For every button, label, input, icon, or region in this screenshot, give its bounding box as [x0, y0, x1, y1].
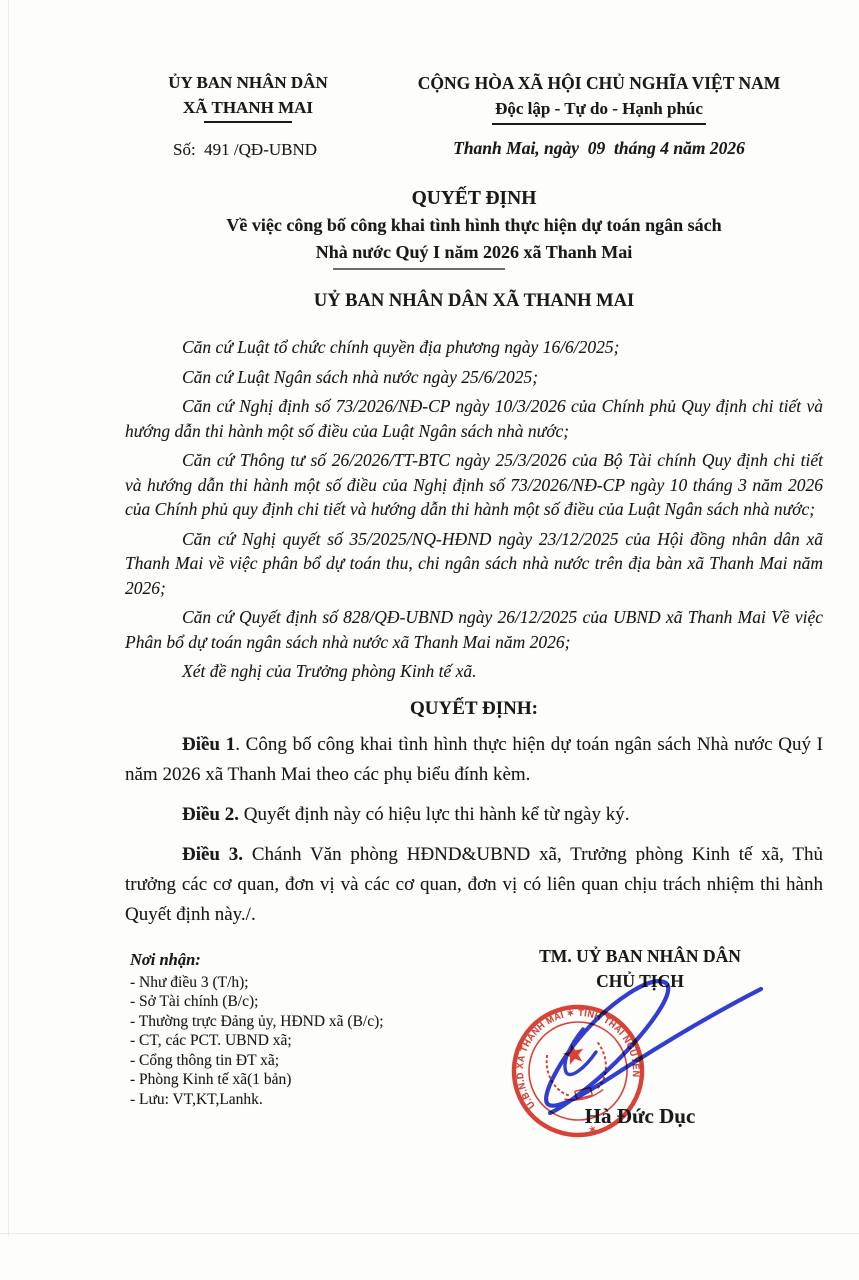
recipient-item: - Phòng Kinh tế xã(1 bản) — [130, 1070, 460, 1090]
preamble-paragraph: Căn cứ Nghị định số 73/2026/NĐ-CP ngày 1… — [125, 394, 823, 443]
signature-scribble — [420, 948, 780, 1123]
preamble-paragraph: Căn cứ Nghị quyết số 35/2025/NQ-HĐND ngà… — [125, 527, 823, 601]
recipients-block: Nơi nhận: - Như điều 3 (T/h); - Sở Tài c… — [130, 950, 460, 1109]
preamble-paragraph: Xét đề nghị của Trưởng phòng Kinh tế xã. — [125, 659, 823, 684]
article-2: Điều 2. Quyết định này có hiệu lực thi h… — [125, 800, 823, 830]
issuer-name-line2: XÃ THANH MAI — [140, 95, 356, 120]
issuer-block: ỦY BAN NHÂN DÂN XÃ THANH MAI — [140, 70, 356, 123]
order-heading: QUYẾT ĐỊNH: — [125, 698, 823, 720]
recipient-item: - Như điều 3 (T/h); — [130, 973, 460, 993]
preamble-paragraph: Căn cứ Luật Ngân sách nhà nước ngày 25/6… — [125, 365, 823, 390]
recipient-item: - Lưu: VT,KT,Lanhk. — [130, 1090, 460, 1110]
recipient-item: - CT, các PCT. UBND xã; — [130, 1031, 460, 1051]
preamble-section: Căn cứ Luật tổ chức chính quyền địa phươ… — [125, 335, 823, 684]
doc-subtitle-2: Nhà nước Quý I năm 2026 xã Thanh Mai — [125, 240, 823, 265]
article-label: Điều 3. — [182, 844, 243, 865]
issuer-name-line1: ỦY BAN NHÂN DÂN — [140, 70, 356, 95]
doc-title: QUYẾT ĐỊNH — [125, 186, 823, 211]
signer-name: Hà Đức Dục — [540, 1104, 740, 1129]
document-body: QUYẾT ĐỊNH Về việc công bố công khai tìn… — [125, 186, 823, 930]
doc-subtitle-1: Về việc công bố công khai tình hình thực… — [125, 213, 823, 238]
article-3: Điều 3. Chánh Văn phòng HĐND&UBND xã, Tr… — [125, 840, 823, 930]
national-motto: Độc lập - Tự do - Hạnh phúc — [492, 96, 706, 125]
issuing-authority: UỶ BAN NHÂN DÂN XÃ THANH MAI — [125, 291, 823, 312]
article-label: Điều 1 — [182, 734, 235, 755]
national-header-block: CỘNG HÒA XÃ HỘI CHỦ NGHĨA VIỆT NAM Độc l… — [398, 70, 800, 125]
title-separator — [333, 268, 505, 270]
issuer-underline — [204, 121, 292, 123]
article-text: Quyết định này có hiệu lực thi hành kể t… — [239, 804, 629, 825]
recipient-item: - Sở Tài chính (B/c); — [130, 992, 460, 1012]
recipient-item: - Cổng thông tin ĐT xã; — [130, 1051, 460, 1071]
recipients-heading: Nơi nhận: — [130, 950, 460, 970]
scan-edge-bottom-line — [0, 1233, 859, 1234]
place-date-line: Thanh Mai, ngày 09 tháng 4 năm 2026 — [398, 138, 800, 159]
preamble-paragraph: Căn cứ Thông tư số 26/2026/TT-BTC ngày 2… — [125, 448, 823, 522]
recipient-item: - Thường trực Đảng ủy, HĐND xã (B/c); — [130, 1012, 460, 1032]
scan-edge-left-line — [8, 0, 9, 1236]
signature-main-stroke — [546, 981, 761, 1113]
doc-number: Số: 491 /QĐ-UBND — [173, 140, 317, 160]
article-label: Điều 2. — [182, 804, 239, 825]
preamble-paragraph: Căn cứ Luật tổ chức chính quyền địa phươ… — [125, 335, 823, 360]
article-1: Điều 1. Công bố công khai tình hình thực… — [125, 730, 823, 790]
document-page: ỦY BAN NHÂN DÂN XÃ THANH MAI CỘNG HÒA XÃ… — [0, 0, 859, 1280]
national-title: CỘNG HÒA XÃ HỘI CHỦ NGHĨA VIỆT NAM — [398, 70, 800, 96]
preamble-paragraph: Căn cứ Quyết định số 828/QĐ-UBND ngày 26… — [125, 605, 823, 654]
